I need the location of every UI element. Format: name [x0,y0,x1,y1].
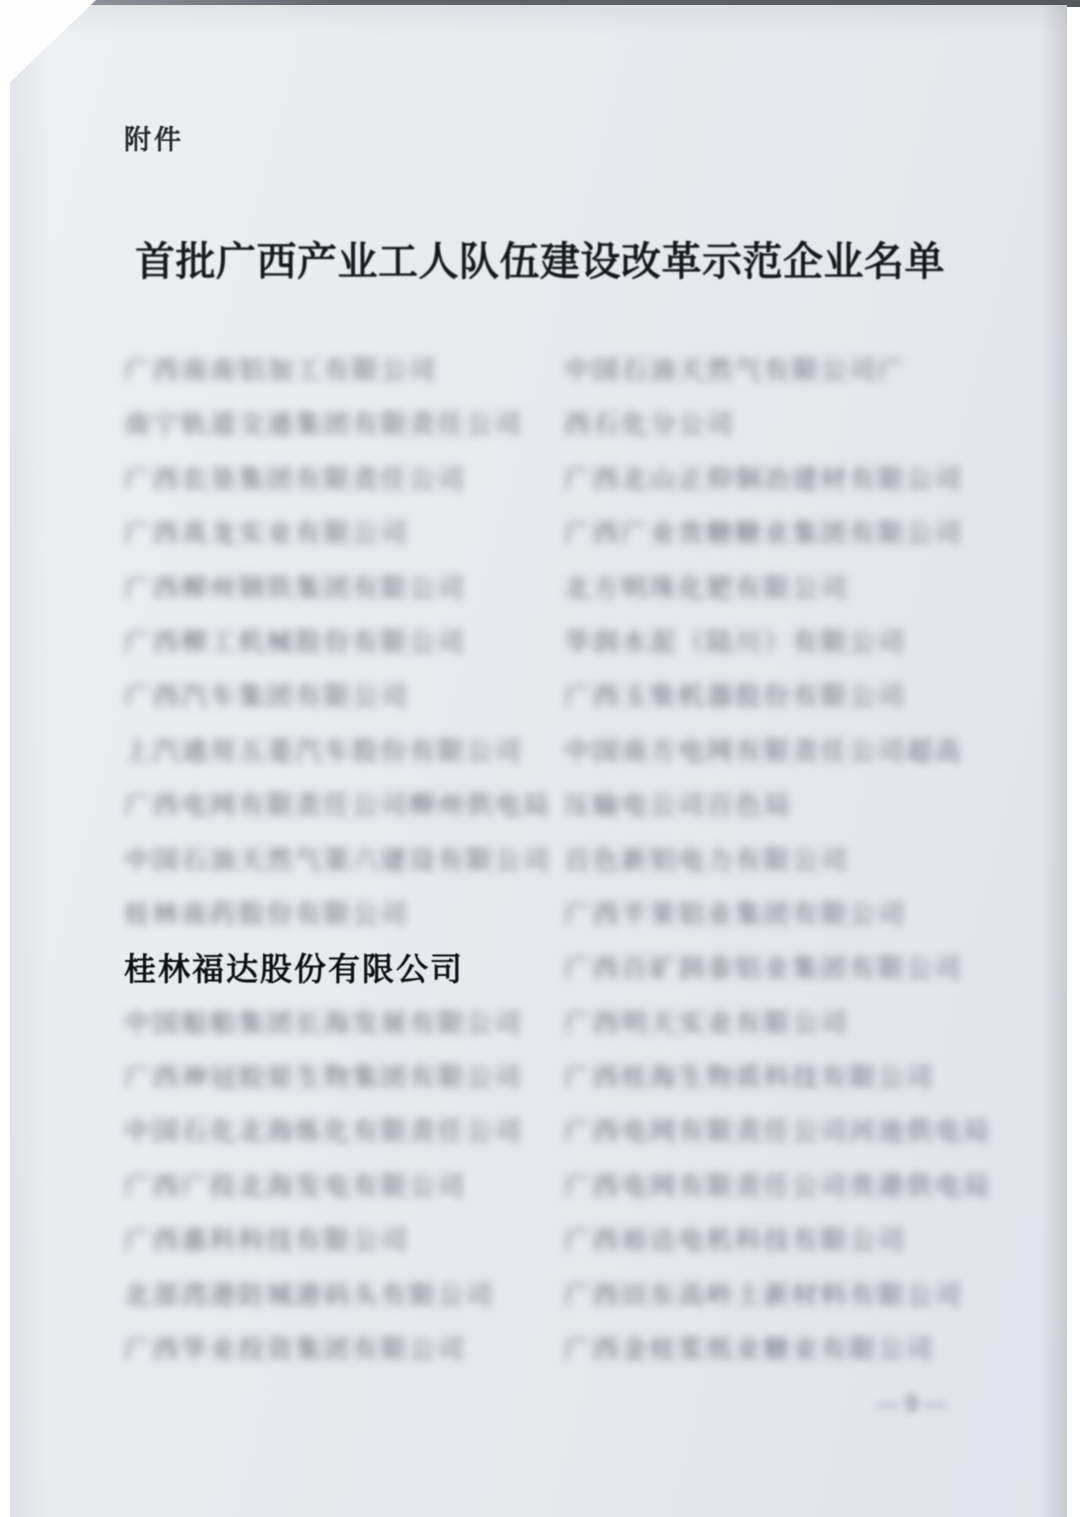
company-entry-blurred: 中国船舶集团长海发展有限公司 [124,1005,554,1059]
company-entry-blurred: 中国南方电网有限责任公司超高 [564,733,984,787]
company-entry-blurred: 中国石化北海炼化有限责任公司 [124,1113,554,1167]
company-entry-blurred: 广西金桂浆纸业糖业有限公司 [564,1331,984,1385]
company-entry-blurred: 广西汽车集团有限公司 [124,678,554,732]
company-entry-highlight: 桂林福达股份有限公司 [124,950,554,1004]
document-photo-page: 附件 首批广西产业工人队伍建设改革示范企业名单 广西南南铝加工有限公司南宁轨道交… [0,0,1080,1517]
company-entry-blurred: 广西真龙实业有限公司 [124,515,554,569]
company-entry-blurred: 广西明天实业有限公司 [564,1005,984,1059]
company-entry-blurred: 广西农垦集团有限责任公司 [124,461,554,515]
company-entry-blurred: 北方明珠化肥有限公司 [564,570,984,624]
company-entry-blurred: 广西广投北海发电有限公司 [124,1168,554,1222]
attachment-label: 附件 [124,118,184,157]
company-entry-blurred: 广西柳工机械股份有限公司 [124,624,554,678]
company-entry-blurred: 中国石油天然气第六建设有限公司 [124,842,554,896]
company-entry-blurred: 广西田东高岭土新材料有限公司 [564,1277,984,1331]
company-entry-blurred: 广西华业投资集团有限公司 [124,1331,554,1385]
document-title: 首批广西产业工人队伍建设改革示范企业名单 [60,230,1020,287]
company-entry-blurred: 广西广业贵糖糖业集团有限公司 [564,515,984,569]
page-number: —9— [876,1390,953,1417]
company-list-right-column: 中国石油天然气有限公司广西石化分公司广西北山正仰铜冶建材有限公司广西广业贵糖糖业… [564,352,984,1385]
paper-corner-fold [0,0,96,92]
company-entry-blurred: 广西裕达电机科技有限公司 [564,1222,984,1276]
company-entry-blurred: 西石化分公司 [564,406,984,460]
company-entry-blurred: 百色新铝电力有限公司 [564,842,984,896]
company-entry-blurred: 南宁轨道交通集团有限责任公司 [124,406,554,460]
company-entry-blurred: 广西惠科科技有限公司 [124,1222,554,1276]
company-entry-blurred: 广西桂海生物质科技有限公司 [564,1059,984,1113]
company-entry-blurred: 广西北山正仰铜冶建材有限公司 [564,461,984,515]
company-entry-blurred: 中国石油天然气有限公司广 [564,352,984,406]
company-entry-blurred: 广西玉柴机器股份有限公司 [564,678,984,732]
company-entry-blurred: 北部湾港防城港码头有限公司 [124,1277,554,1331]
company-entry-blurred: 广西电网有限责任公司柳州供电局 [124,787,554,841]
company-entry-blurred: 广西柳州钢铁集团有限公司 [124,570,554,624]
company-entry-blurred: 广西平果铝业集团有限公司 [564,896,984,950]
company-entry-blurred: 华润水泥（陆川）有限公司 [564,624,984,678]
company-list-left-column: 广西南南铝加工有限公司南宁轨道交通集团有限责任公司广西农垦集团有限责任公司广西真… [124,352,554,1385]
company-entry-blurred: 广西电网有限责任公司河池供电局 [564,1113,984,1167]
company-entry-blurred: 广西电网有限责任公司贵港供电局 [564,1168,984,1222]
company-entry-blurred: 压输电公司百色局 [564,787,984,841]
company-entry-blurred: 广西神冠胶原生物集团有限公司 [124,1059,554,1113]
company-entry-blurred: 桂林南药股份有限公司 [124,896,554,950]
company-entry-blurred: 广西百矿润泰铝业集团有限公司 [564,950,984,1004]
company-entry-blurred: 上汽通用五菱汽车股份有限公司 [124,733,554,787]
company-entry-blurred: 广西南南铝加工有限公司 [124,352,554,406]
